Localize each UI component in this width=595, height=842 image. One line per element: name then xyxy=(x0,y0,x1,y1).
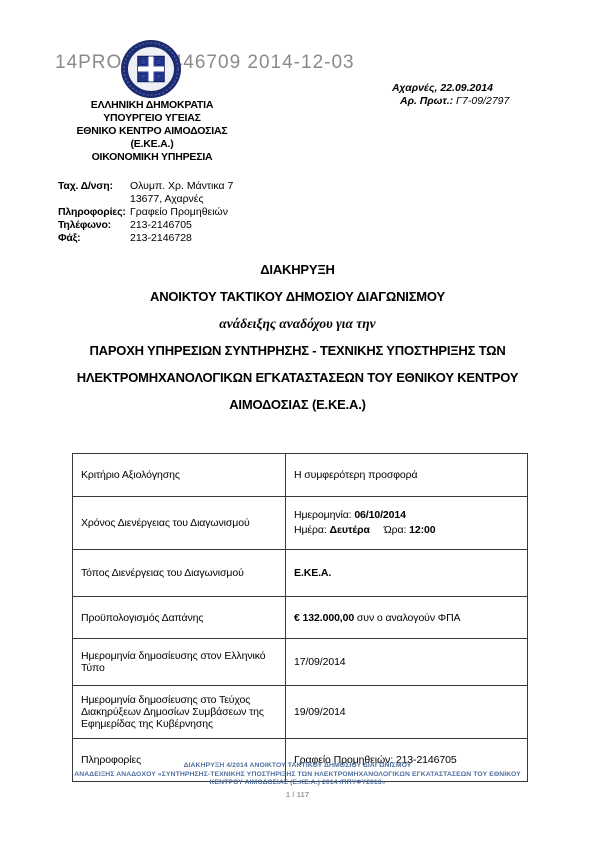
tender-title-block: ΔΙΑΚΗΡΥΞΗ ΑΝΟΙΚΤΟΥ ΤΑΚΤΙΚΟΥ ΔΗΜΟΣΙΟΥ ΔΙΑ… xyxy=(30,256,565,418)
protocol-number-line: Αρ. Πρωτ.: Γ7-09/2797 xyxy=(392,95,582,108)
page-number: 1 / 117 xyxy=(30,791,565,800)
row-label: Τόπος Διενέργειας του Διαγωνισμού xyxy=(73,550,286,597)
title-line-services2: ΗΛΕΚΤΡΟΜΗΧΑΝΟΛΟΓΙΚΩΝ ΕΓΚΑΤΑΣΤΑΣΕΩΝ ΤΟΥ Ε… xyxy=(30,364,565,391)
date-protocol-block: Αχαρνές, 22.09.2014 Αρ. Πρωτ.: Γ7-09/279… xyxy=(392,82,582,107)
footer-line-1: ΔΙΑΚΗΡΥΞΗ 4/2014 ΑΝΟΙΚΤΟΥ ΤΑΚΤΙΚΟΥ ΔΗΜΟΣ… xyxy=(30,762,565,771)
footer-line-3: ΚΕΝΤΡΟΥ ΑΙΜΟΔΟΣΙΑΣ (Ε.ΚΕ.Α.) 2014 /ΠΠΥΦΥ… xyxy=(30,779,565,788)
contact-value: Γραφείο Προμηθειών xyxy=(130,206,228,219)
row-label: Προϋπολογισμός Δαπάνης xyxy=(73,597,286,639)
contact-value: Ολυμπ. Χρ. Μάντικα 7 xyxy=(130,180,233,193)
table-row-press-publication: Ημερομηνία δημοσίευσης στον Ελληνικό Τύπ… xyxy=(73,639,528,686)
contact-label: Φάξ: xyxy=(58,232,130,245)
title-line-services1: ΠΑΡΟΧΗ ΥΠΗΡΕΣΙΩΝ ΣΥΝΤΗΡΗΣΗΣ - ΤΕΧΝΙΚΗΣ Υ… xyxy=(30,337,565,364)
table-row-location: Τόπος Διενέργειας του Διαγωνισμού Ε.ΚΕ.Α… xyxy=(73,550,528,597)
table-row-datetime: Χρόνος Διενέργειας του Διαγωνισμού Ημερο… xyxy=(73,497,528,550)
contact-value: 13677, Αχαρνές xyxy=(130,193,204,206)
row-value: 17/09/2014 xyxy=(286,639,528,686)
row-label: Κριτήριο Αξιολόγησης xyxy=(73,454,286,497)
contact-details-block: Ταχ. Δ/νση: Ολυμπ. Χρ. Μάντικα 7 13677, … xyxy=(58,180,338,245)
org-line-abbr: (Ε.ΚΕ.Α.) xyxy=(52,138,252,151)
greek-national-emblem-icon xyxy=(119,38,183,105)
table-row-criteria: Κριτήριο Αξιολόγησης Η συμφερότερη προσφ… xyxy=(73,454,528,497)
contact-value: 213-2146705 xyxy=(130,219,192,232)
place-date: Αχαρνές, 22.09.2014 xyxy=(392,82,582,95)
row-label: Χρόνος Διενέργειας του Διαγωνισμού xyxy=(73,497,286,550)
protocol-label: Αρ. Πρωτ.: xyxy=(400,95,453,107)
tender-day-time-line: Ημέρα: ΔευτέραΏρα: 12:00 xyxy=(294,523,519,538)
page-footer: ΔΙΑΚΗΡΥΞΗ 4/2014 ΑΝΟΙΚΤΟΥ ΤΑΚΤΙΚΟΥ ΔΗΜΟΣ… xyxy=(30,762,565,799)
contact-row-information: Πληροφορίες: Γραφείο Προμηθειών xyxy=(58,206,338,219)
procurement-registry-watermark: 14PROC002446709 2014-12-03 xyxy=(55,52,355,74)
issuing-organization-block: ΕΛΛΗΝΙΚΗ ΔΗΜΟΚΡΑΤΙΑ ΥΠΟΥΡΓΕΙΟ ΥΓΕΙΑΣ ΕΘΝ… xyxy=(52,99,252,164)
row-value: Ημερομηνία: 06/10/2014 Ημέρα: ΔευτέραΏρα… xyxy=(286,497,528,550)
org-line-republic: ΕΛΛΗΝΙΚΗ ΔΗΜΟΚΡΑΤΙΑ xyxy=(52,99,252,112)
contact-label: Πληροφορίες: xyxy=(58,206,130,219)
row-value: Η συμφερότερη προσφορά xyxy=(286,454,528,497)
row-value: € 132.000,00 συν ο αναλογούν ΦΠΑ xyxy=(286,597,528,639)
budget-amount: € 132.000,00 xyxy=(294,612,354,624)
contact-label xyxy=(58,193,130,206)
contact-row-address: Ταχ. Δ/νση: Ολυμπ. Χρ. Μάντικα 7 xyxy=(58,180,338,193)
row-value: 19/09/2014 xyxy=(286,686,528,739)
table-row-budget: Προϋπολογισμός Δαπάνης € 132.000,00 συν … xyxy=(73,597,528,639)
title-line-tender-type: ΑΝΟΙΚΤΟΥ ΤΑΚΤΙΚΟΥ ΔΗΜΟΣΙΟΥ ΔΙΑΓΩΝΙΣΜΟΥ xyxy=(30,283,565,310)
row-label: Ημερομηνία δημοσίευσης στον Ελληνικό Τύπ… xyxy=(73,639,286,686)
tender-summary-table: Κριτήριο Αξιολόγησης Η συμφερότερη προσφ… xyxy=(72,453,528,782)
title-line-contractor: ανάδειξης αναδόχου για την xyxy=(30,310,565,337)
org-line-center: ΕΘΝΙΚΟ ΚΕΝΤΡΟ ΑΙΜΟΔΟΣΙΑΣ xyxy=(52,125,252,138)
contact-value: 213-2146728 xyxy=(130,232,192,245)
tender-time: 12:00 xyxy=(409,524,435,536)
footer-line-2: ΑΝΑΔΕΙΞΗΣ ΑΝΑΔΟΧΟΥ «ΣΥΝΤΗΡΗΣΗΣ-ΤΕΧΝΙΚΗΣ … xyxy=(30,771,565,780)
contact-label: Ταχ. Δ/νση: xyxy=(58,180,130,193)
org-line-department: ΟΙΚΟΝΟΜΙΚΗ ΥΠΗΡΕΣΙΑ xyxy=(52,151,252,164)
budget-vat-note: συν ο αναλογούν ΦΠΑ xyxy=(354,612,460,624)
tender-date-line: Ημερομηνία: 06/10/2014 xyxy=(294,508,519,523)
protocol-value: Γ7-09/2797 xyxy=(453,95,509,107)
document-page: 14PROC002446709 2014-12-03 ΕΛΛΗΝΙΚΗ ΔΗΜΟ… xyxy=(0,0,595,842)
title-line-services3: ΑΙΜΟΔΟΣΙΑΣ (Ε.ΚΕ.Α.) xyxy=(30,391,565,418)
title-line-proclamation: ΔΙΑΚΗΡΥΞΗ xyxy=(30,256,565,283)
row-label: Ημερομηνία δημοσίευσης στο Τεύχος Διακηρ… xyxy=(73,686,286,739)
contact-label: Τηλέφωνο: xyxy=(58,219,130,232)
table-row-gazette-publication: Ημερομηνία δημοσίευσης στο Τεύχος Διακηρ… xyxy=(73,686,528,739)
contact-row-address2: 13677, Αχαρνές xyxy=(58,193,338,206)
row-value: Ε.ΚΕ.Α. xyxy=(286,550,528,597)
contact-row-fax: Φάξ: 213-2146728 xyxy=(58,232,338,245)
contact-row-phone: Τηλέφωνο: 213-2146705 xyxy=(58,219,338,232)
org-line-ministry: ΥΠΟΥΡΓΕΙΟ ΥΓΕΙΑΣ xyxy=(52,112,252,125)
tender-date: 06/10/2014 xyxy=(354,509,406,521)
tender-day: Δευτέρα xyxy=(330,524,370,536)
